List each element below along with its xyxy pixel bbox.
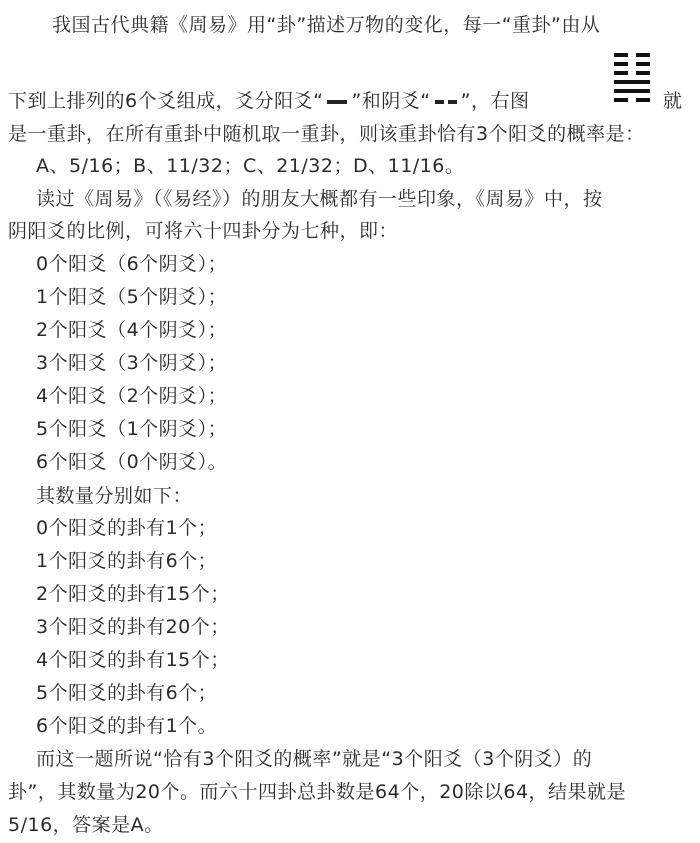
solid-line-icon: [614, 89, 650, 93]
counts-intro: 其数量分别如下：: [36, 484, 192, 508]
category-item: 5个阳爻（1个阴爻）；: [36, 417, 227, 441]
category-item: 1个阳爻（5个阴爻）；: [36, 285, 227, 309]
conclusion-line1: 而这一题所说“恰有3个阳爻的概率”就是“3个阳爻（3个阴爻）的: [36, 747, 592, 771]
count-item: 4个阳爻的卦有15个；: [36, 648, 230, 672]
conclusion-line2: 卦”，其数量为20个。而六十四卦总卦数是64个，20除以64，结果就是: [8, 780, 626, 804]
broken-line-icon: [614, 71, 650, 75]
category-item: 3个阳爻（3个阴爻）；: [36, 351, 227, 375]
paragraph1-line1: 我国古代典籍《周易》用“卦”描述万物的变化，每一“重卦”由从: [52, 13, 600, 37]
paragraph1-line2-mid: ”和阴爻“: [351, 90, 430, 112]
conclusion-line3: 5/16，答案是A。: [8, 813, 164, 837]
count-item: 0个阳爻的卦有1个；: [36, 516, 217, 540]
category-item: 2个阳爻（4个阴爻）；: [36, 318, 227, 342]
broken-line-icon: [614, 62, 650, 66]
category-item: 4个阳爻（2个阴爻）；: [36, 384, 227, 408]
broken-line-icon: [435, 100, 457, 104]
solid-line-icon: [614, 80, 650, 84]
paragraph1-line2-pre: 下到上排列的6个爻组成，爻分阳爻“: [8, 90, 323, 112]
paragraph1-line3: 是一重卦，在所有重卦中随机取一重卦，则该重卦恰有3个阳爻的概率是：: [8, 122, 645, 146]
category-item: 0个阳爻（6个阴爻）；: [36, 252, 227, 276]
broken-line-icon: [614, 98, 650, 102]
count-item: 3个阳爻的卦有20个；: [36, 615, 230, 639]
paragraph1-line2-end: 就: [663, 89, 683, 113]
count-item: 1个阳爻的卦有6个；: [36, 549, 217, 573]
count-item: 2个阳爻的卦有15个；: [36, 582, 230, 606]
answer-options: A、5/16；B、11/32；C、21/32；D、11/16。: [36, 154, 464, 178]
paragraph2-line2: 阴阳爻的比例，可将六十四卦分为七种，即：: [8, 219, 398, 243]
broken-line-icon: [614, 53, 650, 57]
hexagram-icon: [614, 53, 650, 101]
category-item: 6个阳爻（0个阴爻）。: [36, 450, 227, 474]
document-page: 阿 我国古代典籍《周易》用“卦”描述万物的变化，每一“重卦”由从 下到上排列的6…: [0, 0, 700, 843]
paragraph1-line2-post: ”，右图: [461, 90, 530, 112]
count-item: 6个阳爻的卦有1个。: [36, 714, 217, 738]
count-item: 5个阳爻的卦有6个；: [36, 681, 217, 705]
solid-line-icon: [327, 100, 347, 104]
paragraph2-line1: 读过《周易》（《易经》）的朋友大概都有一些印象，《周易》中，按: [36, 187, 603, 211]
paragraph1-line2: 下到上排列的6个爻组成，爻分阳爻“”和阴爻“”，右图: [8, 89, 529, 113]
